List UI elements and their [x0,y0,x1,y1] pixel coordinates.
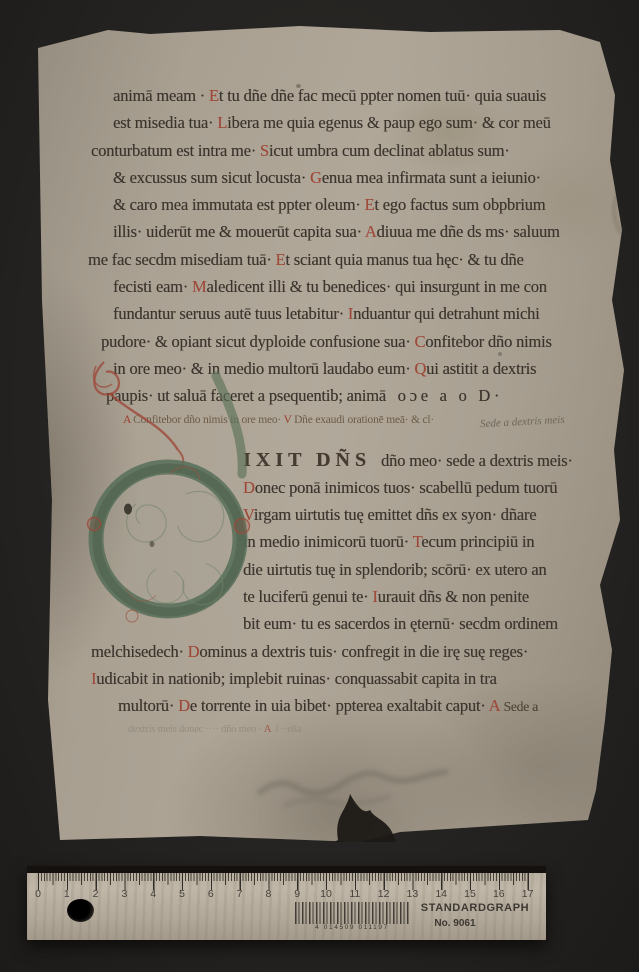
text-segment: S [260,141,269,160]
text-segment: aledicent illi & tu benedices· qui insur… [206,277,546,296]
ruler-number: 5 [179,888,185,900]
ruler-number: 17 [522,888,534,900]
fleck [296,84,301,88]
illuminated-initial-d [66,354,271,654]
ruler-number: 12 [378,888,390,900]
text-segment: udicabit in nationib; implebit ruinas· c… [96,669,496,688]
text-segment: illis· uiderūt me & mouerūt capita sua· [113,222,365,241]
text-line: me fac secdm misediam tuā· Et sciant qui… [88,246,625,273]
text-segment: t sciant quia manus tua hęc· & tu dñe [285,250,523,269]
ruler-model-label: No. 9061 [390,918,520,929]
ruler-number: 3 [121,888,127,900]
ruler-number: 2 [93,888,99,900]
text-segment: L [217,113,227,132]
text-segment: D [178,696,190,715]
text-segment: conturbatum est intra me· [91,141,260,160]
text-line: animā meam · Et tu dñe dñe fac mecū ppte… [113,82,625,109]
text-segment: ibera me quia egenus & paup ego sum· & c… [227,113,550,132]
text-segment: fundantur seruus autē tuus letabitur· [113,304,348,323]
photograph-background: { "manuscript": { "initial_letter": "D",… [0,0,639,972]
ruler-number: 6 [208,888,214,900]
text-segment: icut umbra cum declinat ablatus sum· [269,141,510,160]
text-line: Iudicabit in nationib; implebit ruinas· … [91,665,625,692]
text-segment: T [413,532,422,551]
text-segment: dño meo· sede a dextris meis· [381,451,573,470]
ruler-number: 10 [320,888,332,900]
ruler-brand-label: STANDARDGRAPH [390,902,560,914]
text-segment: A [264,724,271,735]
bottom-edge-stain [320,788,406,842]
ruler-number: 1 [64,888,70,900]
manuscript-page: animā meam · Et tu dñe dñe fac mecū ppte… [28,22,632,848]
text-line: dextris meis donec ···· dño meo · A ſ ··… [128,720,625,740]
text-segment: o ɔ e a o D · [386,386,499,405]
text-segment: diuua me dñe ds ms· saluum [377,222,560,241]
text-segment: E [364,195,374,214]
text-segment: onec ponā inimicos tuos· scabellū pedum … [255,478,558,497]
text-segment: e torrente in uia bibet· ppterea exaltab… [190,696,489,715]
text-segment: C [414,332,425,351]
text-line: fundantur seruus autē tuus letabitur· In… [113,300,625,327]
ruler-number: 8 [265,888,271,900]
text-segment: die uirtutis tuę in splendorib; scōrū· e… [243,560,546,579]
ruler-number: 13 [407,888,419,900]
text-segment: nduantur qui detrahunt michi [353,304,539,323]
text-line: est misedia tua· Libera me quia egenus &… [113,109,625,136]
fleck [498,352,502,356]
ruler-number: 9 [294,888,300,900]
text-segment: A [489,696,501,715]
text-segment: irgam uirtutis tuę emittet dñs ex syon· … [254,505,537,524]
text-segment: & caro mea immutata est ppter oleum· [113,195,364,214]
text-segment: & excussus sum sicut locusta· [113,168,310,187]
text-segment: fecisti eam· [113,277,192,296]
text-segment: E [209,86,219,105]
text-segment: M [192,277,206,296]
text-segment: t ego factus sum obpbrium [374,195,545,214]
ruler-scale-numbers: 01234567891011121314151617 [38,888,538,902]
ruler-number: 11 [349,888,360,900]
text-line: & excussus sum sicut locusta· Genua mea … [113,164,625,191]
text-segment: Sede a [500,699,538,714]
ruler-number: 14 [435,888,447,900]
text-line: & caro mea immutata est ppter oleum· Et … [113,191,625,218]
text-segment: multorū· [118,696,178,715]
text-segment: pudore· & opiant sicut dyploide confusio… [101,332,414,351]
text-segment: Q [414,359,426,378]
ruler-number: 4 [150,888,156,900]
text-segment: G [310,168,322,187]
text-segment: E [275,250,285,269]
ruler: 01234567891011121314151617 4 014509 0111… [27,866,546,940]
text-segment: dextris meis donec ···· dño meo · [128,724,264,735]
text-segment: ſ ··elia [271,724,302,735]
ruler-number: 7 [237,888,243,900]
text-segment: ui astitit a dextris [426,359,536,378]
text-segment: ecum principiū in [421,532,534,551]
text-line: multorū· De torrente in uia bibet· ppter… [118,692,625,719]
text-segment: onfitebor dño nimis [425,332,551,351]
text-segment: Dñe exaudi orationē meā· & cl· [291,414,434,426]
ruler-hanging-hole [67,899,94,922]
ruler-number: 15 [464,888,476,900]
text-segment: me fac secdm misediam tuā· [88,250,275,269]
ruler-bevel-edge [27,866,546,873]
text-line: illis· uiderūt me & mouerūt capita sua· … [113,218,625,245]
text-line: pudore· & opiant sicut dyploide confusio… [101,328,625,355]
text-segment: est misedia tua· [113,113,217,132]
ruler-number: 0 [35,888,41,900]
text-line: conturbatum est intra me· Sicut umbra cu… [91,137,625,164]
text-segment: urauit dñs & non penite [378,587,529,606]
text-segment: bit eum· tu es sacerdos in ęternū· secdm… [243,614,558,633]
text-segment: enua mea infirmata sunt a ieiunio· [322,168,541,187]
text-line: fecisti eam· Maledicent illi & tu benedi… [113,273,625,300]
text-segment: t tu dñe dñe fac mecū ppter nomen tuū· q… [219,86,546,105]
ruler-number: 16 [493,888,505,900]
text-segment: animā meam · [113,86,209,105]
text-segment: A [365,222,377,241]
